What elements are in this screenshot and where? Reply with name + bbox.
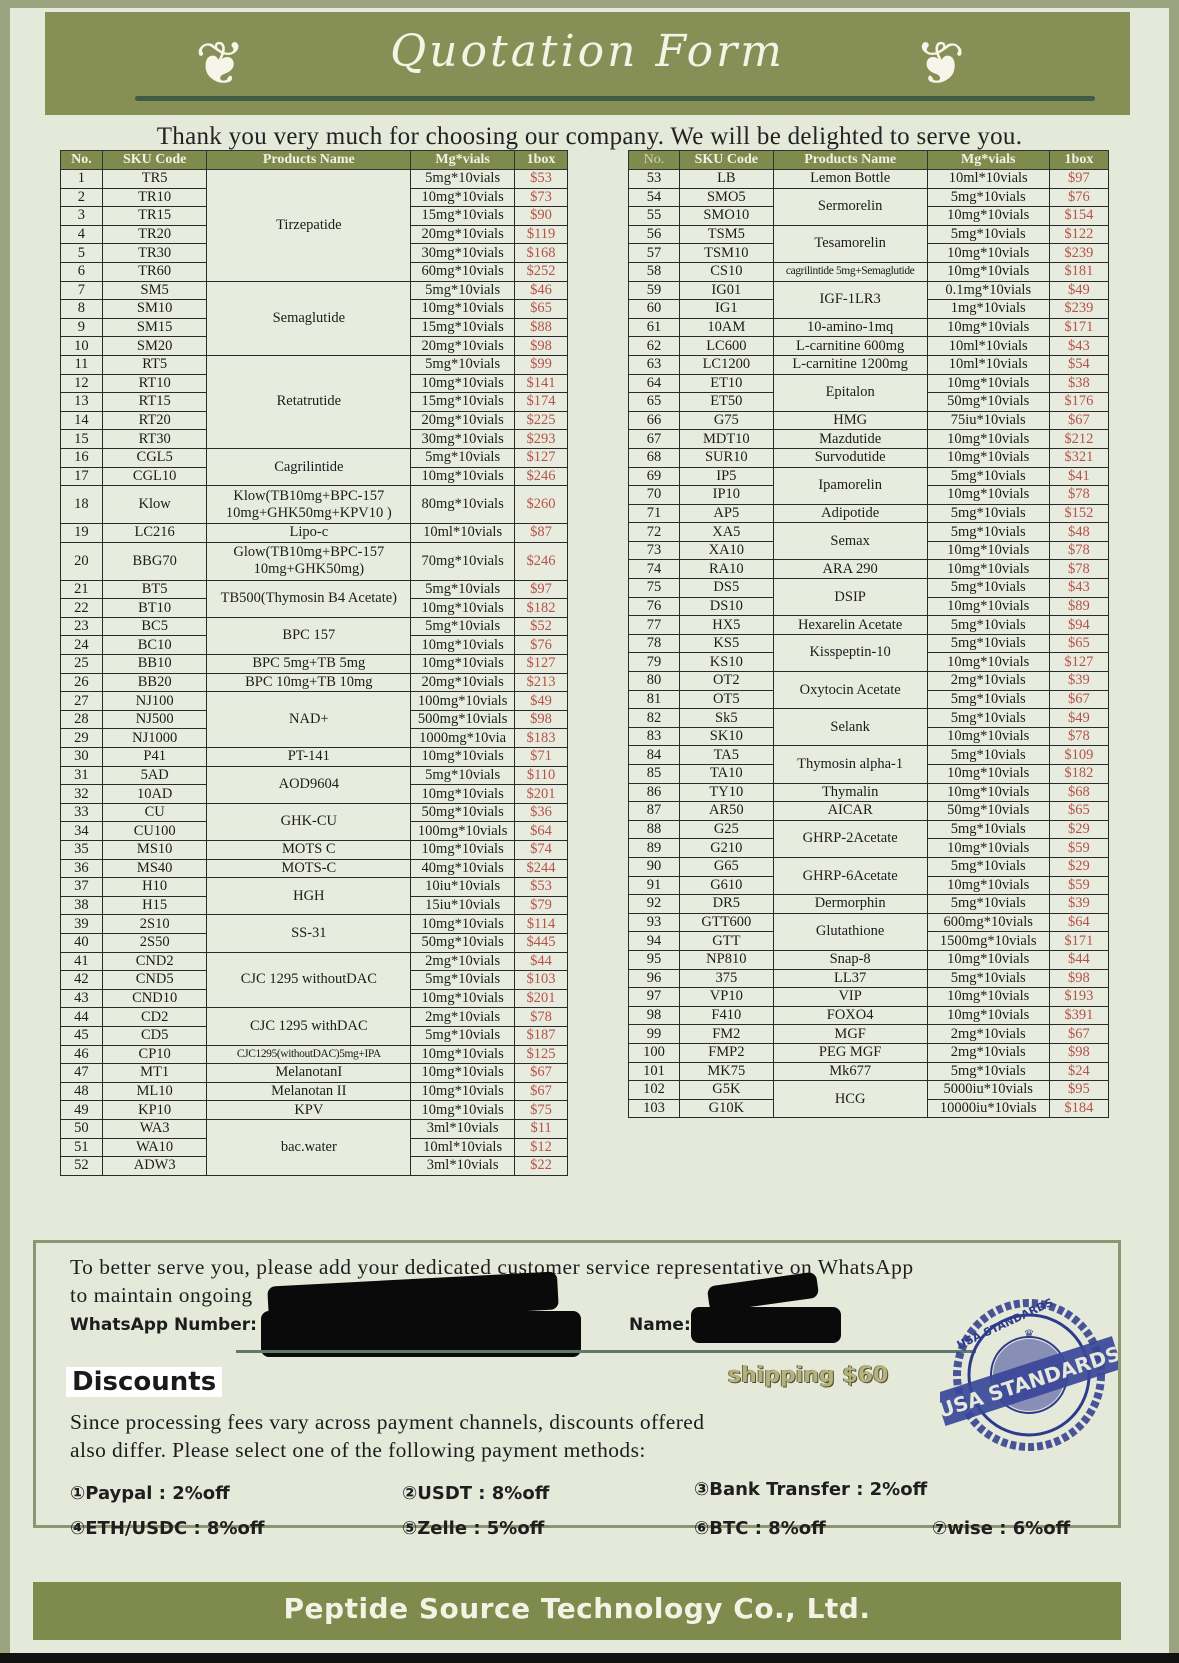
row-number: 62 [629,337,680,356]
box-price: $88 [515,318,568,337]
mg-vials: 5mg*10vials [411,355,515,374]
mg-vials: 10ml*10vials [927,355,1049,374]
table-row: 97VP10VIP10mg*10vials$193 [629,988,1109,1007]
mg-vials: 10ml*10vials [927,170,1049,189]
product-name: Tesamorelin [773,225,927,262]
sku-code: NJ1000 [102,729,207,748]
mg-vials: 20mg*10vials [411,337,515,356]
product-name: Lemon Bottle [773,170,927,189]
column-header: SKU Code [679,151,773,170]
mg-vials: 5000iu*10vials [927,1081,1049,1100]
product-name: Klow(TB10mg+BPC-157 10mg+GHK50mg+KPV10 ) [207,486,411,524]
product-name: ARA 290 [773,560,927,579]
sku-code: H15 [102,896,207,915]
row-number: 16 [61,448,103,467]
box-price: $98 [515,710,568,729]
box-price: $225 [515,411,568,430]
box-price: $44 [1049,950,1108,969]
row-number: 72 [629,523,680,542]
mg-vials: 10mg*10vials [411,785,515,804]
sku-code: CP10 [102,1045,207,1064]
product-name: Snap-8 [773,950,927,969]
row-number: 26 [61,673,103,692]
table-row: 64ET10Epitalon10mg*10vials$38 [629,374,1109,393]
row-number: 84 [629,746,680,765]
box-price: $201 [515,785,568,804]
mg-vials: 1500mg*10vials [927,932,1049,951]
sku-code: G610 [679,876,773,895]
mg-vials: 3ml*10vials [411,1119,515,1138]
sku-code: G25 [679,820,773,839]
payment-method-usdt: ②USDT : 8%off [402,1483,549,1504]
box-price: $65 [1049,802,1108,821]
mg-vials: 15mg*10vials [411,207,515,226]
payment-method-btc: ⑥BTC : 8%off [694,1518,826,1539]
sku-code: SM10 [102,300,207,319]
table-row: 69IP5Ipamorelin5mg*10vials$41 [629,467,1109,486]
box-price: $193 [1049,988,1108,1007]
row-number: 34 [61,822,103,841]
mg-vials: 10mg*10vials [927,597,1049,616]
box-price: $64 [515,822,568,841]
row-number: 93 [629,913,680,932]
mg-vials: 10mg*10vials [411,748,515,767]
box-price: $98 [1049,1043,1108,1062]
mg-vials: 10mg*10vials [927,876,1049,895]
table-row: 68SUR10Survodutide10mg*10vials$321 [629,448,1109,467]
row-number: 86 [629,783,680,802]
sku-code: BB20 [102,673,207,692]
sku-code: WA3 [102,1119,207,1138]
product-name: Cagrilintide [207,448,411,485]
row-number: 64 [629,374,680,393]
row-number: 22 [61,599,103,618]
box-price: $49 [515,692,568,711]
product-name: Semaglutide [207,281,411,355]
product-name: Mazdutide [773,430,927,449]
box-price: $65 [1049,634,1108,653]
sku-code: TA10 [679,765,773,784]
mg-vials: 3ml*10vials [411,1157,515,1176]
row-number: 18 [61,486,103,524]
product-name: LL37 [773,969,927,988]
mg-vials: 5mg*10vials [927,746,1049,765]
mg-vials: 600mg*10vials [927,913,1049,932]
box-price: $49 [1049,281,1108,300]
row-number: 90 [629,857,680,876]
product-name: 10-amino-1mq [773,318,927,337]
product-name: Sermorelin [773,188,927,225]
sku-code: MK75 [679,1062,773,1081]
product-name: Melanotan II [207,1082,411,1101]
row-number: 76 [629,597,680,616]
box-price: $97 [1049,170,1108,189]
row-number: 81 [629,690,680,709]
mg-vials: 5mg*10vials [927,690,1049,709]
box-price: $75 [515,1101,568,1120]
mg-vials: 10mg*10vials [927,988,1049,1007]
sku-code: G10K [679,1099,773,1118]
row-number: 95 [629,950,680,969]
mg-vials: 10mg*10vials [927,374,1049,393]
mg-vials: 50mg*10vials [927,393,1049,412]
table-row: 77HX5Hexarelin Acetate5mg*10vials$94 [629,616,1109,635]
sku-code: KP10 [102,1101,207,1120]
table-row: 72XA5Semax5mg*10vials$48 [629,523,1109,542]
table-row: 100FMP2PEG MGF2mg*10vials$98 [629,1043,1109,1062]
box-price: $68 [1049,783,1108,802]
row-number: 79 [629,653,680,672]
box-price: $239 [1049,300,1108,319]
product-name: GHRP-6Acetate [773,857,927,894]
table-row: 30P41PT-14110mg*10vials$71 [61,748,568,767]
box-price: $246 [515,467,568,486]
mg-vials: 20mg*10vials [411,411,515,430]
row-number: 33 [61,803,103,822]
box-price: $127 [515,655,568,674]
sku-code: G75 [679,411,773,430]
sku-code: Sk5 [679,709,773,728]
row-number: 67 [629,430,680,449]
sku-code: H10 [102,878,207,897]
mg-vials: 10mg*10vials [411,300,515,319]
row-number: 37 [61,878,103,897]
mg-vials: 70mg*10vials [411,542,515,580]
mg-vials: 2mg*10vials [927,1043,1049,1062]
sku-code: CU100 [102,822,207,841]
mg-vials: 10mg*10vials [927,560,1049,579]
sku-code: WA10 [102,1138,207,1157]
mg-vials: 10mg*10vials [927,653,1049,672]
table-row: 99FM2MGF2mg*10vials$67 [629,1025,1109,1044]
product-name: FOXO4 [773,1006,927,1025]
sku-code: TSM5 [679,225,773,244]
box-price: $67 [1049,690,1108,709]
sku-code: G210 [679,839,773,858]
table-row: 26BB20BPC 10mg+TB 10mg20mg*10vials$213 [61,673,568,692]
sku-code: RA10 [679,560,773,579]
table-row: 16CGL5Cagrilintide5mg*10vials$127 [61,448,568,467]
mg-vials: 10mg*10vials [927,950,1049,969]
mg-vials: 10mg*10vials [927,244,1049,263]
mg-vials: 100mg*10vials [411,822,515,841]
box-price: $78 [1049,486,1108,505]
product-name: Thymalin [773,783,927,802]
box-price: $43 [1049,579,1108,598]
sku-code: CS10 [679,262,773,281]
mg-vials: 5mg*10vials [927,188,1049,207]
product-name: GHK-CU [207,803,411,840]
sku-code: TA5 [679,746,773,765]
discounts-description: Since processing fees vary across paymen… [70,1408,704,1464]
product-name: AOD9604 [207,766,411,803]
mg-vials: 50mg*10vials [411,933,515,952]
table-row: 92DR5Dermorphin5mg*10vials$39 [629,895,1109,914]
mg-vials: 10mg*10vials [411,636,515,655]
whatsapp-number-label: WhatsApp Number: [70,1315,257,1335]
box-price: $182 [1049,765,1108,784]
product-name: Epitalon [773,374,927,411]
product-name: SS-31 [207,915,411,952]
row-number: 65 [629,393,680,412]
sku-code: DS5 [679,579,773,598]
mg-vials: 10mg*10vials [927,1006,1049,1025]
box-price: $71 [515,748,568,767]
table-row: 87AR50AICAR50mg*10vials$65 [629,802,1109,821]
box-price: $78 [515,1008,568,1027]
mg-vials: 10mg*10vials [927,839,1049,858]
table-row: 27NJ100NAD+100mg*10vials$49 [61,692,568,711]
payment-method-zelle: ⑤Zelle : 5%off [402,1518,544,1539]
box-price: $239 [1049,244,1108,263]
box-price: $67 [515,1082,568,1101]
row-number: 82 [629,709,680,728]
table-row: 59IG01IGF-1LR30.1mg*10vials$49 [629,281,1109,300]
row-number: 92 [629,895,680,914]
mg-vials: 5mg*10vials [411,448,515,467]
box-price: $67 [515,1064,568,1083]
row-number: 38 [61,896,103,915]
product-name: MelanotanI [207,1064,411,1083]
sku-code: LC216 [102,524,207,543]
table-row: 56TSM5Tesamorelin5mg*10vials$122 [629,225,1109,244]
row-number: 63 [629,355,680,374]
box-price: $22 [515,1157,568,1176]
product-name: L-carnitine 600mg [773,337,927,356]
box-price: $182 [515,599,568,618]
box-price: $181 [1049,262,1108,281]
table-row: 6110AM10-amino-1mq10mg*10vials$171 [629,318,1109,337]
row-number: 12 [61,374,103,393]
product-name: PT-141 [207,748,411,767]
footer-banner: Peptide Source Technology Co., Ltd. [33,1582,1121,1640]
table-row: 33CUGHK-CU50mg*10vials$36 [61,803,568,822]
mg-vials: 5mg*10vials [927,895,1049,914]
sku-code: RT5 [102,355,207,374]
mg-vials: 10000iu*10vials [927,1099,1049,1118]
mg-vials: 2mg*10vials [927,672,1049,691]
table-row: 25BB10BPC 5mg+TB 5mg10mg*10vials$127 [61,655,568,674]
row-number: 46 [61,1045,103,1064]
sku-code: RT30 [102,430,207,449]
sku-code: ADW3 [102,1157,207,1176]
box-price: $78 [1049,541,1108,560]
box-price: $201 [515,989,568,1008]
row-number: 40 [61,933,103,952]
row-number: 49 [61,1101,103,1120]
product-name: bac.water [207,1119,411,1175]
table-row: 66G75HMG75iu*10vials$67 [629,411,1109,430]
row-number: 15 [61,430,103,449]
mg-vials: 10mg*10vials [927,783,1049,802]
mg-vials: 15iu*10vials [411,896,515,915]
row-number: 44 [61,1008,103,1027]
sku-code: BC5 [102,617,207,636]
sku-code: LC1200 [679,355,773,374]
mg-vials: 2mg*10vials [411,952,515,971]
sku-code: Klow [102,486,207,524]
mg-vials: 10mg*10vials [927,486,1049,505]
sku-code: CGL5 [102,448,207,467]
row-number: 28 [61,710,103,729]
contact-name-label: Name: [629,1315,691,1335]
product-name: CJC1295(withoutDAC)5mg+IPA [207,1045,411,1064]
box-price: $293 [515,430,568,449]
product-name: BPC 10mg+TB 10mg [207,673,411,692]
bottom-edge [0,1653,1179,1663]
sku-code: CD2 [102,1008,207,1027]
product-name: Adipotide [773,504,927,523]
row-number: 47 [61,1064,103,1083]
mg-vials: 10ml*10vials [411,524,515,543]
row-number: 27 [61,692,103,711]
sku-code: SK10 [679,727,773,746]
table-row: 44CD2CJC 1295 withDAC2mg*10vials$78 [61,1008,568,1027]
sku-code: CU [102,803,207,822]
row-number: 42 [61,971,103,990]
mg-vials: 5mg*10vials [927,579,1049,598]
sku-code: MDT10 [679,430,773,449]
row-number: 59 [629,281,680,300]
sku-code: XA5 [679,523,773,542]
box-price: $53 [515,170,568,189]
table-row: 90G65GHRP-6Acetate5mg*10vials$29 [629,857,1109,876]
box-price: $174 [515,393,568,412]
sku-code: BC10 [102,636,207,655]
mg-vials: 10mg*10vials [927,207,1049,226]
row-number: 99 [629,1025,680,1044]
row-number: 70 [629,486,680,505]
sku-code: XA10 [679,541,773,560]
mg-vials: 10mg*10vials [411,599,515,618]
sku-code: GTT600 [679,913,773,932]
sku-code: FM2 [679,1025,773,1044]
box-price: $73 [515,188,568,207]
row-number: 39 [61,915,103,934]
box-price: $59 [1049,876,1108,895]
sku-code: BT10 [102,599,207,618]
sku-code: AR50 [679,802,773,821]
product-name: BPC 5mg+TB 5mg [207,655,411,674]
sku-code: RT10 [102,374,207,393]
sku-code: TY10 [679,783,773,802]
sku-code: IP10 [679,486,773,505]
table-row: 62LC600L-carnitine 600mg10ml*10vials$43 [629,337,1109,356]
sku-code: AP5 [679,504,773,523]
product-name: Hexarelin Acetate [773,616,927,635]
product-name: NAD+ [207,692,411,748]
box-price: $78 [1049,727,1108,746]
product-name: HCG [773,1081,927,1118]
contact-intro-line-2: to maintain ongoing [70,1283,253,1308]
sku-code: ET10 [679,374,773,393]
box-price: $244 [515,859,568,878]
shipping-fee: shipping $60 [728,1363,888,1388]
row-number: 66 [629,411,680,430]
sku-code: TR5 [102,170,207,189]
mg-vials: 5mg*10vials [927,634,1049,653]
box-price: $24 [1049,1062,1108,1081]
box-price: $67 [1049,1025,1108,1044]
table-row: 98F410FOXO410mg*10vials$391 [629,1006,1109,1025]
sku-code: NJ500 [102,710,207,729]
table-row: 95NP810Snap-810mg*10vials$44 [629,950,1109,969]
box-price: $64 [1049,913,1108,932]
row-number: 5 [61,244,103,263]
table-row: 78KS5Kisspeptin-105mg*10vials$65 [629,634,1109,653]
table-row: 86TY10Thymalin10mg*10vials$68 [629,783,1109,802]
product-name: CJC 1295 withoutDAC [207,952,411,1008]
mg-vials: 5mg*10vials [927,616,1049,635]
box-price: $78 [1049,560,1108,579]
table-row: 63LC1200L-carnitine 1200mg10ml*10vials$5… [629,355,1109,374]
sku-code: MT1 [102,1064,207,1083]
sku-code: BT5 [102,580,207,599]
row-number: 98 [629,1006,680,1025]
sku-code: GTT [679,932,773,951]
sku-code: ML10 [102,1082,207,1101]
sku-code: G5K [679,1081,773,1100]
mg-vials: 10mg*10vials [411,188,515,207]
mg-vials: 40mg*10vials [411,859,515,878]
column-header: 1box [1049,151,1108,170]
box-price: $103 [515,971,568,990]
table-row: 41CND2CJC 1295 withoutDAC2mg*10vials$44 [61,952,568,971]
product-name: AICAR [773,802,927,821]
mg-vials: 5mg*10vials [411,580,515,599]
mg-vials: 10ml*10vials [927,337,1049,356]
mg-vials: 5mg*10vials [411,971,515,990]
box-price: $152 [1049,504,1108,523]
box-price: $171 [1049,932,1108,951]
box-price: $168 [515,244,568,263]
usa-standards-stamp: ♛ USA STANDARDS USA STANDARDS [940,1290,1118,1460]
sku-code: 375 [679,969,773,988]
mg-vials: 10mg*10vials [927,765,1049,784]
box-price: $74 [515,841,568,860]
mg-vials: 10mg*10vials [927,727,1049,746]
row-number: 71 [629,504,680,523]
table-row: 49KP10KPV10mg*10vials$75 [61,1101,568,1120]
payment-method-bank-transfer: ③Bank Transfer : 2%off [694,1479,927,1500]
product-name: Mk677 [773,1062,927,1081]
box-price: $29 [1049,820,1108,839]
mg-vials: 5mg*10vials [927,857,1049,876]
row-number: 20 [61,542,103,580]
row-number: 32 [61,785,103,804]
mg-vials: 5mg*10vials [927,820,1049,839]
table-row: 48ML10Melanotan II10mg*10vials$67 [61,1082,568,1101]
row-number: 8 [61,300,103,319]
product-name: VIP [773,988,927,1007]
box-price: $36 [515,803,568,822]
section-divider [236,1350,976,1353]
table-row: 50WA3bac.water3ml*10vials$11 [61,1119,568,1138]
box-price: $321 [1049,448,1108,467]
sku-code: KS10 [679,653,773,672]
mg-vials: 10mg*10vials [927,318,1049,337]
box-price: $38 [1049,374,1108,393]
table-row: 20BBG70Glow(TB10mg+BPC-157 10mg+GHK50mg)… [61,542,568,580]
table-row: 19LC216Lipo-c10ml*10vials$87 [61,524,568,543]
table-row: 392S10SS-3110mg*10vials$114 [61,915,568,934]
mg-vials: 10mg*10vials [411,1045,515,1064]
box-price: $44 [515,952,568,971]
box-price: $125 [515,1045,568,1064]
box-price: $59 [1049,839,1108,858]
mg-vials: 10mg*10vials [411,841,515,860]
mg-vials: 5mg*10vials [927,1062,1049,1081]
